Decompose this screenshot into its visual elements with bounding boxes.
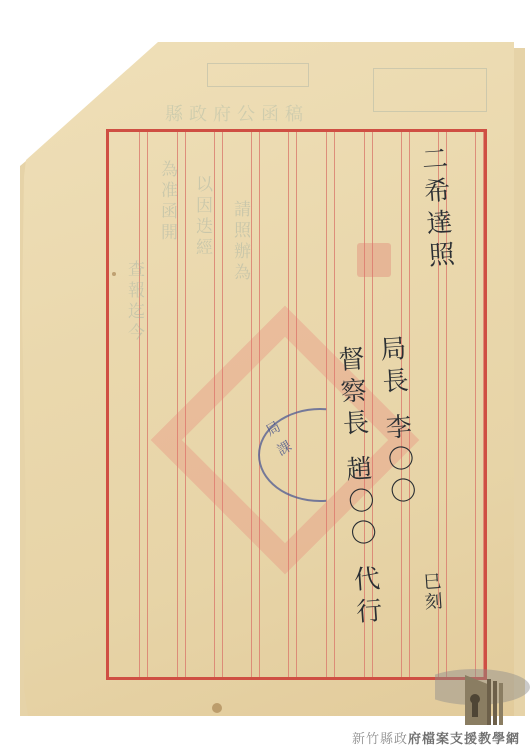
- ghost-header-text: 縣政府公函稿: [165, 100, 309, 126]
- ghost-column: 查報迄今: [122, 260, 147, 344]
- archive-folder-keyhole-icon: [435, 665, 530, 725]
- red-square-seal: [357, 243, 391, 277]
- ruled-column-line: [475, 132, 476, 677]
- ruled-column-line: [147, 132, 148, 677]
- ghost-column: 為准函開: [155, 160, 180, 244]
- ruled-column-line: [139, 132, 140, 677]
- ghost-column: 以因迭經: [190, 175, 215, 259]
- ruled-column-line: [483, 132, 484, 677]
- ghost-box-left: [207, 63, 309, 87]
- paper-stain: [112, 272, 116, 276]
- handwritten-annotation: 巳刻: [417, 571, 446, 613]
- paper-stain: [212, 703, 222, 713]
- ghost-column: 請照辦為: [228, 200, 253, 284]
- watermark-caption: 新竹縣政府檔案支援教學網: [352, 728, 520, 747]
- ghost-box-right: [373, 68, 487, 112]
